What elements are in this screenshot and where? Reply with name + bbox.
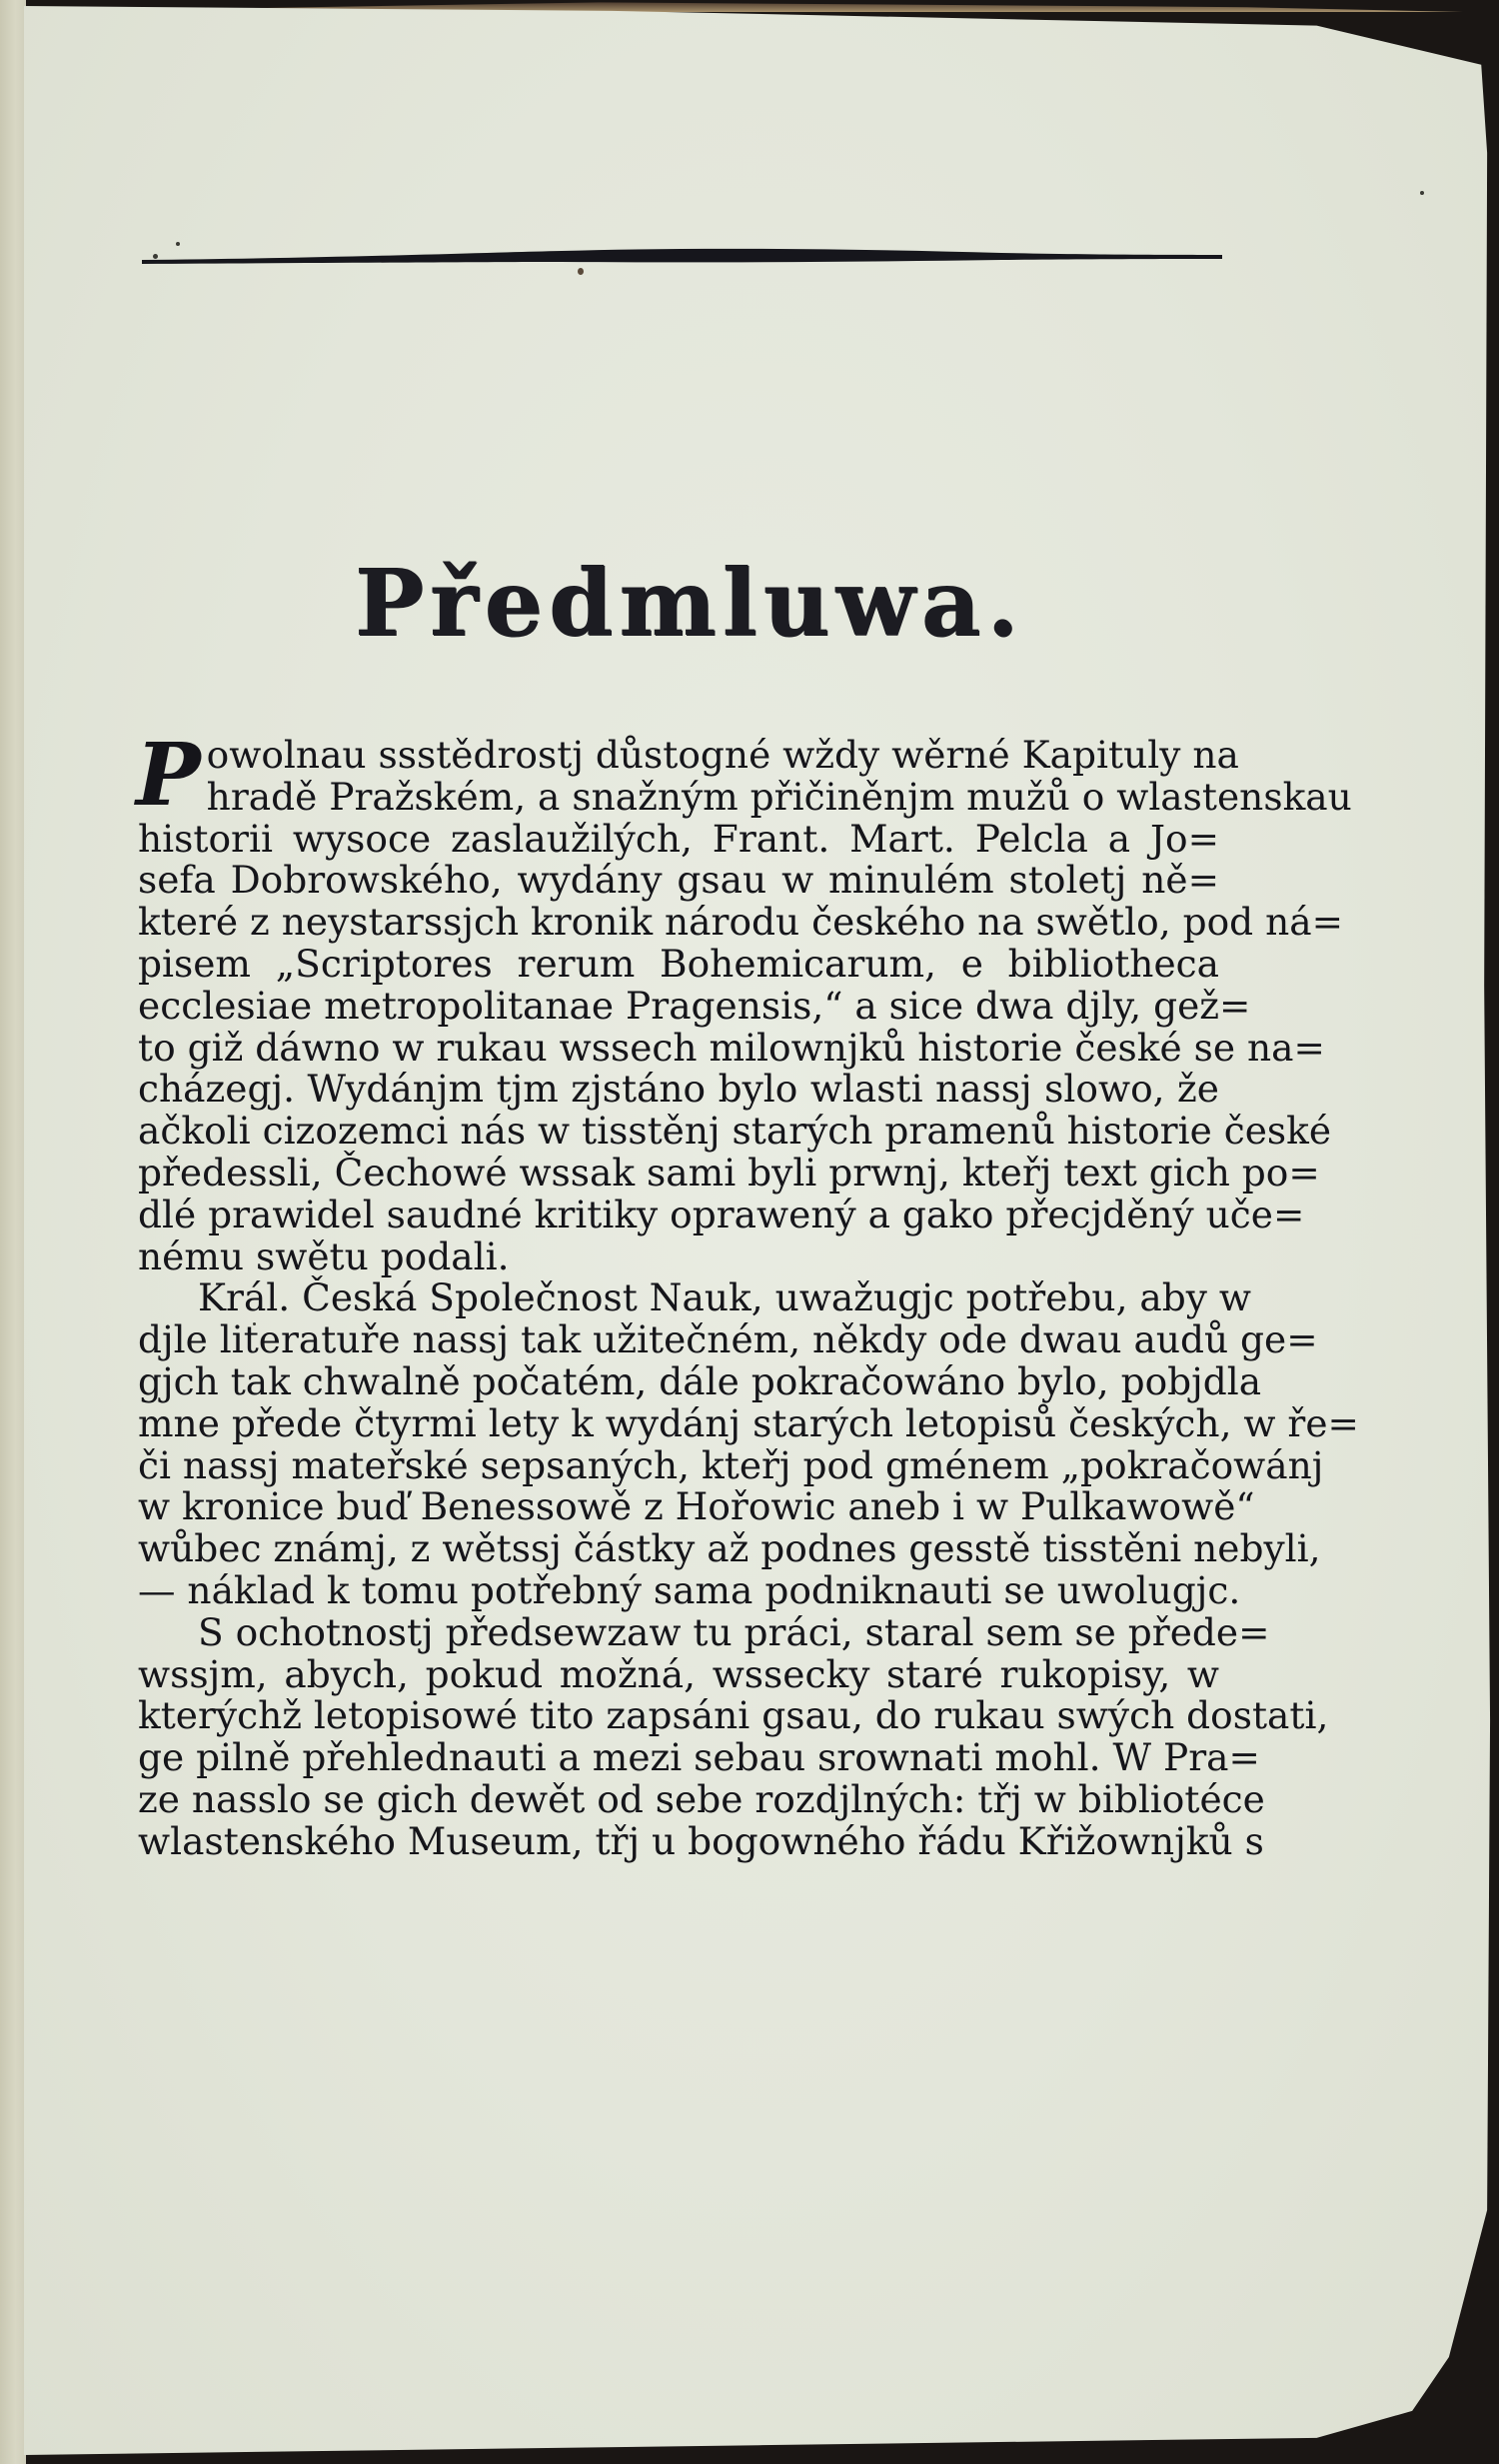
- text-line: ge pilně přehlednauti a mezi sebau srown…: [138, 1737, 1219, 1779]
- text-line: wůbec známj, z wětssj částky až podnes g…: [138, 1528, 1219, 1570]
- paper-speck: [176, 242, 180, 246]
- text-line: kterýchž letopisowé tito zapsáni gsau, d…: [138, 1695, 1219, 1737]
- text-line: sefa Dobrowského, wydány gsau w minulém …: [138, 860, 1219, 902]
- paragraph-3: S ochotnostj předsewzaw tu práci, staral…: [138, 1612, 1219, 1863]
- text-line: které z neystarssjch kronik národu české…: [138, 902, 1219, 944]
- text-line: hradě Pražském, a snažným přičiněnjm muž…: [138, 777, 1219, 819]
- paragraph-2: Král. Česká Společnost Nauk, uwažugjc po…: [138, 1277, 1219, 1611]
- text-line: Král. Česká Společnost Nauk, uwažugjc po…: [138, 1277, 1219, 1319]
- paper-speck: [1420, 191, 1424, 195]
- text-line: w kronice buď Benessowě z Hořowic aneb i…: [138, 1486, 1219, 1528]
- text-line: — náklad k tomu potřebný sama podniknaut…: [138, 1570, 1219, 1612]
- text-line: pisem „Scriptores rerum Bohemicarum, e b…: [138, 944, 1219, 986]
- text-line: předessli, Čechowé wssak sami byli prwnj…: [138, 1153, 1219, 1195]
- paper-speck: [153, 254, 158, 259]
- text-line: dlé prawidel saudné kritiky oprawený a g…: [138, 1195, 1219, 1236]
- ornamental-rule: [142, 247, 1222, 265]
- text-line: djle literatuře nassj tak užitečném, něk…: [138, 1319, 1219, 1361]
- text-line: ačkoli cizozemci nás w tisstěnj starých …: [138, 1111, 1219, 1153]
- text-line: wlastenského Museum, třj u bogowného řád…: [138, 1821, 1219, 1863]
- paper-speck: [253, 1322, 256, 1325]
- paragraph-1: P owolnau ssstědrostj důstogné wždy wěrn…: [138, 735, 1219, 1277]
- text-line: nému swětu podali.: [138, 1236, 1219, 1278]
- text-line: mne přede čtyrmi lety k wydánj starých l…: [138, 1403, 1219, 1445]
- book-spine-edge: [0, 0, 26, 2464]
- preface-body: P owolnau ssstědrostj důstogné wždy wěrn…: [138, 735, 1219, 1863]
- text-line: wssjm, abych, pokud možná, wssecky staré…: [138, 1654, 1219, 1696]
- text-line: owolnau ssstědrostj důstogné wždy wěrné …: [138, 735, 1219, 777]
- text-line: či nassj mateřské sepsaných, kteřj pod g…: [138, 1445, 1219, 1487]
- text-line: S ochotnostj předsewzaw tu práci, staral…: [138, 1612, 1219, 1654]
- paper-speck: [578, 268, 584, 275]
- text-line: cházegj. Wydánjm tjm zjstáno bylo wlasti…: [138, 1069, 1219, 1111]
- text-line: gjch tak chwalně počatém, dále pokračowá…: [138, 1361, 1219, 1403]
- drop-cap: P: [136, 741, 201, 811]
- page-title: Předmluwa.: [340, 548, 1039, 658]
- text-line: ecclesiae metropolitanae Pragensis,“ a s…: [138, 986, 1219, 1028]
- text-line: to giž dáwno w rukau wssech milownjků hi…: [138, 1028, 1219, 1070]
- text-line: ze nasslo se gich dewět od sebe rozdjlný…: [138, 1779, 1219, 1821]
- text-line: historii wysoce zaslaužilých, Frant. Mar…: [138, 819, 1219, 861]
